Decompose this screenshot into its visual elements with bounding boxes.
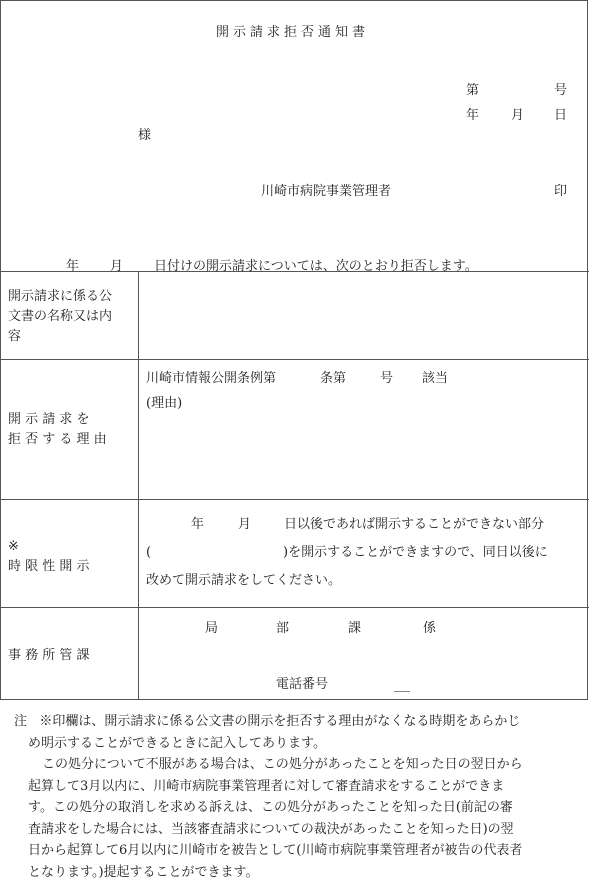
disclosure-line1: 日以後であれば開示することができない部分 xyxy=(284,514,544,536)
row-divider-2 xyxy=(0,499,589,500)
label-document-name: 開示請求に係る公 文書の名称又は内 容 xyxy=(8,287,112,347)
note-label: 注 xyxy=(14,714,27,729)
subsection-label: 係 xyxy=(423,618,436,640)
label-responsible-section: 事 務 所 管 課 xyxy=(8,646,90,666)
date-year: 年 xyxy=(466,104,479,123)
section-label: 課 xyxy=(348,618,361,640)
disclosure-line3: 改めて開示請求をしてください。 xyxy=(146,570,341,592)
issuer-name: 川崎市病院事業管理者 xyxy=(261,180,391,199)
row-divider-1 xyxy=(0,359,589,360)
note-1-line-1: 注 ※印欄は、開示請求に係る公文書の開示を拒否する理由がなくなる時期をあらかじ xyxy=(14,711,586,733)
bureau-label: 局 xyxy=(205,618,218,640)
disclosure-year: 年 xyxy=(191,514,204,536)
label-line: 拒 否 す る 理 由 xyxy=(8,430,107,450)
label-line: 事 務 所 管 課 xyxy=(8,646,90,666)
label-line: 開示請求に係る公 xyxy=(8,287,112,307)
notes-section: 注 ※印欄は、開示請求に係る公文書の開示を拒否する理由がなくなる時期をあらかじ … xyxy=(14,711,586,883)
notes-paragraph-line: 起算して3月以内に、川崎市病院事業管理者に対して審査請求をすることができま xyxy=(14,776,586,798)
label-line: 開 示 請 求 を xyxy=(8,410,107,430)
intro-text: 日付けの開示請求については、次のとおり拒否します。 xyxy=(154,255,478,274)
number-prefix: 第 xyxy=(466,79,479,98)
ordinance-prefix: 川崎市情報公開条例第 xyxy=(146,368,276,390)
notes-paragraph-line: この処分について不服がある場合は、この処分があったことを知った日の翌日から xyxy=(14,754,586,776)
addressee-suffix: 様 xyxy=(138,124,151,143)
applicable-label: 該当 xyxy=(422,368,448,390)
disclosure-line2: )を開示することができますので、同日以後に xyxy=(283,542,548,564)
phone-label: 電話番号 xyxy=(276,674,328,696)
department-label: 部 xyxy=(276,618,289,640)
ordinance-article: 条第 xyxy=(320,368,346,390)
reason-label: (理由) xyxy=(146,393,182,415)
phone-dash xyxy=(394,684,410,699)
label-time-limited: ※ 時 限 性 開 示 xyxy=(8,537,90,577)
label-refusal-reason: 開 示 請 求 を 拒 否 す る 理 由 xyxy=(8,410,107,450)
column-divider xyxy=(138,271,139,700)
paren-open: ( xyxy=(146,542,151,564)
date-day: 日 xyxy=(554,104,567,123)
intro-year: 年 xyxy=(66,255,79,274)
note-1-line-2: め明示することができるときに記入してあります。 xyxy=(14,733,586,755)
document-name-field[interactable] xyxy=(142,275,584,357)
document-title: 開示請求拒否通知書 xyxy=(216,21,369,40)
row-divider-3 xyxy=(0,607,589,608)
notes-paragraph-line: 査請求をした場合には、当該審査請求についての裁決があったことを知った日)の翌 xyxy=(14,819,586,841)
notes-paragraph-line: 日から起算して6月以内に川崎市を被告として(川崎市病院事業管理者が被告の代表者 xyxy=(14,840,586,862)
disclosure-month: 月 xyxy=(238,514,251,536)
asterisk-mark: ※ xyxy=(8,537,90,557)
label-line: 時 限 性 開 示 xyxy=(8,557,90,577)
notes-paragraph-line: す。この処分の取消しを求める訴えは、この処分があったことを知った日(前記の審 xyxy=(14,797,586,819)
seal-mark: 印 xyxy=(554,180,567,199)
ordinance-item: 号 xyxy=(380,368,393,390)
label-line: 容 xyxy=(8,327,112,347)
date-month: 月 xyxy=(511,104,524,123)
notes-paragraph-line: となります。)提起することができます。 xyxy=(14,862,586,884)
label-line: 文書の名称又は内 xyxy=(8,307,112,327)
number-suffix: 号 xyxy=(554,79,567,98)
intro-month: 月 xyxy=(110,255,123,274)
note-1-text: ※印欄は、開示請求に係る公文書の開示を拒否する理由がなくなる時期をあらかじ xyxy=(39,714,520,729)
